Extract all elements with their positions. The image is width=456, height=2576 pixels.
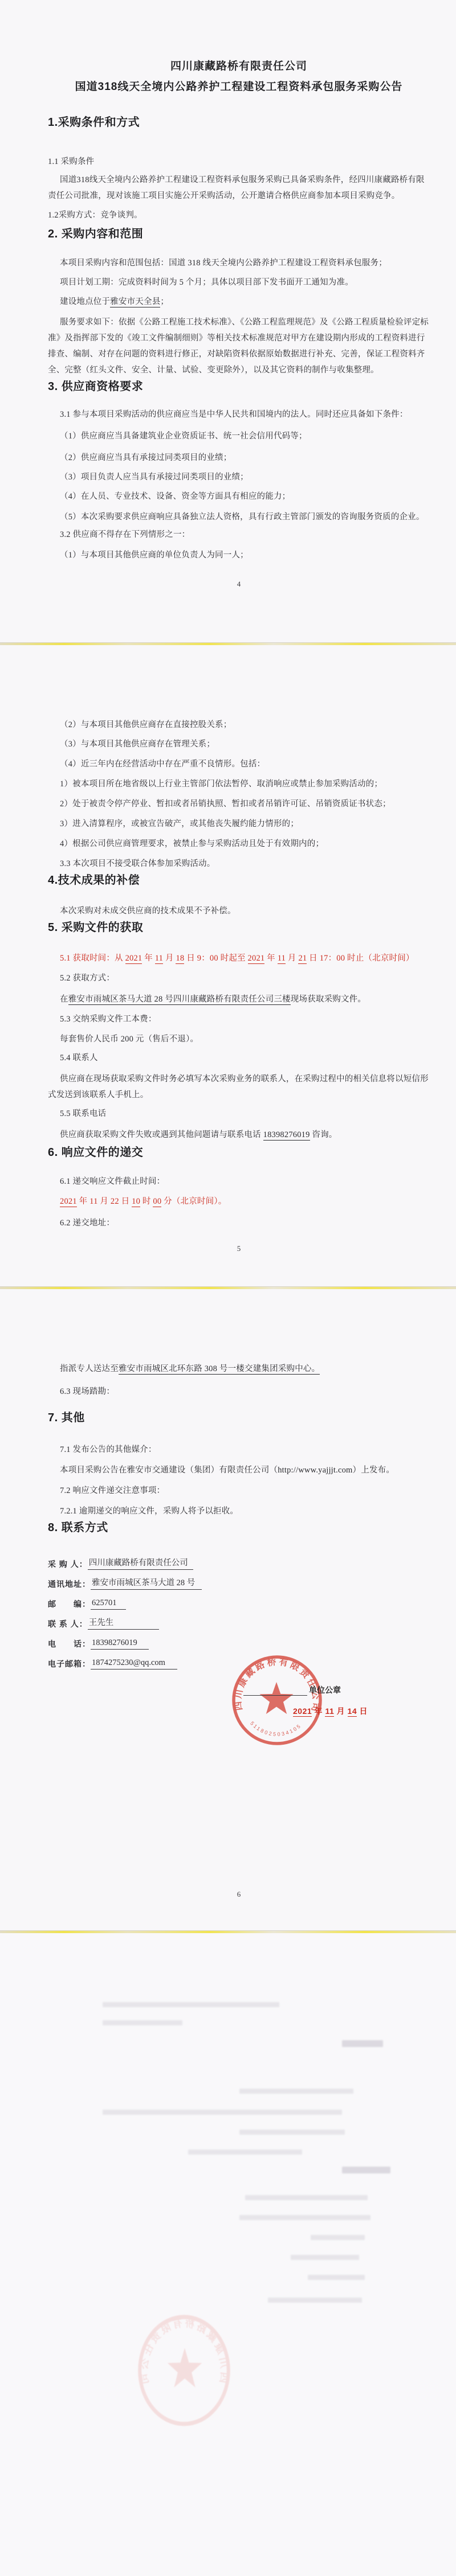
underlined-text: 18 bbox=[176, 954, 184, 964]
underlined-text: 18398276019 bbox=[263, 1130, 310, 1141]
paragraph: 1）被本项目所在地省级以上行业主管部门依法暂停、取消响应或禁止参加采购活动的； bbox=[48, 776, 430, 792]
date-segment: 14 bbox=[348, 1707, 357, 1717]
section-heading: 7. 其他 bbox=[48, 1409, 430, 1426]
contact-field: 联 系 人：王先生 bbox=[48, 1610, 430, 1630]
contact-field: 采 购 人：四川康藏路桥有限责任公司 bbox=[48, 1550, 430, 1570]
text-segment: 指派专人送达至 bbox=[60, 1364, 119, 1373]
bleed-through-line bbox=[291, 2255, 359, 2260]
paragraph: 本次采购对未成交供应商的技术成果不予补偿。 bbox=[48, 903, 430, 919]
field-value: 王先生 bbox=[88, 1618, 159, 1630]
bleed-through-stamp: 四川康藏路桥有限责任公司 bbox=[135, 2311, 234, 2430]
underlined-text: 00 bbox=[153, 1197, 161, 1207]
paragraph: 5.1 获取时间：从 2021 年 11 月 18 日 9：00 时起至 202… bbox=[48, 950, 430, 966]
field-value: 雅安市雨城区茶马大道 28 号 bbox=[91, 1578, 202, 1590]
underlined-text: 2021 bbox=[248, 954, 265, 964]
paragraph: 国道318线天全境内公路养护工程建设工程资料承包服务采购已具备采购条件，经四川康… bbox=[48, 172, 430, 204]
paragraph: 供应商在现场获取采购文件时务必填写本次采购业务的联系人，在采购过程中的相关信息将… bbox=[48, 1071, 430, 1103]
paragraph: 本项目采购内容和范围包括：国道 318 线天全境内公路养护工程建设工程资料承包服… bbox=[48, 255, 430, 271]
seal-underline bbox=[243, 1687, 307, 1696]
paragraph: （3）与本项目其他供应商存在管理关系； bbox=[48, 736, 430, 752]
text-segment: 分（北京时间）。 bbox=[161, 1197, 226, 1206]
section-heading: 1.采购条件和方式 bbox=[48, 114, 430, 131]
paragraph: 3.2 供应商不得存在下列情形之一： bbox=[48, 527, 430, 543]
underlined-text: 雅安市天全县 bbox=[110, 297, 160, 307]
text-segment: 建设地点位于 bbox=[60, 297, 110, 306]
text-segment: 年 bbox=[264, 954, 277, 963]
document-title: 四川康藏路桥有限责任公司 bbox=[48, 59, 430, 74]
paragraph: 项目计划工期：完成资料时间为 5 个月；具体以项目部下发书面开工通知为准。 bbox=[48, 274, 430, 290]
field-label: 邮 编： bbox=[48, 1598, 91, 1610]
field-label: 电 话： bbox=[48, 1638, 91, 1650]
page-number: 5 bbox=[48, 1243, 430, 1254]
contact-field: 电 话：18398276019 bbox=[48, 1630, 430, 1650]
paragraph: （5）本次采购要求供应商响应具备独立法人资格，具有行政主管部门颁发的咨询服务资质… bbox=[48, 509, 430, 525]
bleed-through-line bbox=[268, 2298, 362, 2303]
section-heading: 6. 响应文件的递交 bbox=[48, 1144, 430, 1161]
paragraph: 建设地点位于雅安市天全县； bbox=[48, 294, 430, 310]
contact-field: 通讯地址：雅安市雨城区茶马大道 28 号 bbox=[48, 1570, 430, 1590]
text-segment: 现场获取采购文件。 bbox=[291, 995, 366, 1004]
paragraph: 5.5 联系电话 bbox=[48, 1106, 430, 1122]
paragraph: 5.4 联系人 bbox=[48, 1050, 430, 1066]
text-segment: 年 11 月 22 日 bbox=[77, 1197, 132, 1206]
bleed-through-line bbox=[239, 2089, 353, 2094]
underlined-text: 11 bbox=[278, 954, 286, 964]
document-title: 国道318线天全境内公路养护工程建设工程资料承包服务采购公告 bbox=[48, 80, 430, 95]
paragraph: 6.3 现场踏勘： bbox=[48, 1384, 430, 1400]
svg-text:5118025034105: 5118025034105 bbox=[249, 1720, 302, 1737]
bleed-through-line bbox=[342, 2040, 383, 2047]
paragraph: 在雅安市雨城区茶马大道 28 号四川康藏路桥有限责任公司三楼现场获取采购文件。 bbox=[48, 991, 430, 1007]
page-1: 四川康藏路桥有限责任公司国道318线天全境内公路养护工程建设工程资料承包服务采购… bbox=[0, 0, 456, 642]
seal-signature-row: 单位公章 bbox=[243, 1684, 341, 1696]
page-4: 四川康藏路桥有限责任公司 bbox=[0, 1933, 456, 2576]
page-number: 6 bbox=[48, 1889, 430, 1900]
paragraph: （1）供应商应当具备建筑业企业资质证书、统一社会信用代码等； bbox=[48, 428, 430, 444]
section-heading: 8. 联系方式 bbox=[48, 1519, 430, 1536]
date-segment: 2021 bbox=[293, 1707, 312, 1717]
page-number: 4 bbox=[48, 579, 430, 590]
paragraph: 1.1 采购条件 bbox=[48, 154, 430, 170]
paragraph: 2）处于被责令停产停业、暂扣或者吊销执照、暂扣或者吊销许可证、吊销资质证书状态； bbox=[48, 796, 430, 812]
section-heading: 5. 采购文件的获取 bbox=[48, 919, 430, 936]
paragraph: （1）与本项目其他供应商的单位负责人为同一人； bbox=[48, 547, 430, 563]
text-segment: 年 bbox=[142, 954, 154, 963]
section-heading: 4.技术成果的补偿 bbox=[48, 872, 430, 889]
paragraph: 6.2 递交地址： bbox=[48, 1215, 430, 1231]
seal-label: 单位公章 bbox=[309, 1684, 341, 1696]
paragraph: 7.2 响应文件递交注意事项： bbox=[48, 1483, 430, 1499]
section-heading: 3. 供应商资格要求 bbox=[48, 378, 430, 395]
bleed-through-line bbox=[308, 2275, 365, 2280]
text-segment: 咨询。 bbox=[310, 1130, 337, 1139]
field-value: 18398276019 bbox=[91, 1638, 149, 1650]
page-2: （2）与本项目其他供应商存在直接控股关系；（3）与本项目其他供应商存在管理关系；… bbox=[0, 645, 456, 1286]
bleed-through-line bbox=[245, 2195, 368, 2200]
page-3: 指派专人送达至雅安市雨城区北环东路 308 号一楼交建集团采购中心。6.3 现场… bbox=[0, 1289, 456, 1930]
underlined-text: 10 bbox=[132, 1197, 140, 1207]
scanned-document: 四川康藏路桥有限责任公司国道318线天全境内公路养护工程建设工程资料承包服务采购… bbox=[0, 0, 456, 2576]
seal-date: 2021 年 11 月 14 日 bbox=[293, 1705, 368, 1717]
text-segment: 时 bbox=[140, 1197, 153, 1206]
paragraph: 供应商获取采购文件失败或遇到其他问题请与联系电话 18398276019 咨询。 bbox=[48, 1127, 430, 1143]
text-segment: ； bbox=[160, 297, 169, 306]
underlined-text: 2021 bbox=[60, 1197, 77, 1207]
contact-field: 邮 编：625701 bbox=[48, 1590, 430, 1610]
field-label: 通讯地址： bbox=[48, 1578, 91, 1590]
paragraph: 5.2 获取方式： bbox=[48, 970, 430, 986]
text-segment: 日 9：00 时起至 bbox=[184, 954, 247, 963]
paragraph: （2）与本项目其他供应商存在直接控股关系； bbox=[48, 717, 430, 733]
text-segment: 供应商获取采购文件失败或遇到其他问题请与联系电话 bbox=[60, 1130, 263, 1139]
bleed-through-line bbox=[103, 2002, 279, 2007]
page-3-content: 指派专人送达至雅安市雨城区北环东路 308 号一楼交建集团采购中心。6.3 现场… bbox=[48, 1289, 430, 1900]
paragraph: 每套售价人民币 200 元（售后不退）。 bbox=[48, 1031, 430, 1047]
field-label: 采 购 人： bbox=[48, 1558, 88, 1570]
bleed-through-line bbox=[239, 2130, 345, 2135]
text-segment: 5.1 获取时间：从 bbox=[60, 954, 125, 963]
paragraph: 1.2采购方式：竞争谈判。 bbox=[48, 207, 430, 223]
paragraph: 3.3 本次项目不接受联合体参加采购活动。 bbox=[48, 856, 430, 872]
bleed-through-line bbox=[103, 2020, 182, 2025]
date-segment: 月 bbox=[334, 1707, 347, 1716]
field-value: 四川康藏路桥有限责任公司 bbox=[88, 1558, 193, 1570]
section-heading: 2. 采购内容和范围 bbox=[48, 225, 430, 243]
text-segment: 月 bbox=[286, 954, 298, 963]
company-seal-stamp: 四川康藏路桥有限责任公司 5118025034105 bbox=[229, 1652, 325, 1749]
paragraph: 服务要求如下：依据《公路工程施工技术标准》、《公路工程监理规范》及《公路工程质量… bbox=[48, 314, 430, 378]
bleed-through-line bbox=[311, 2235, 365, 2240]
field-value: 1874275230@qq.com bbox=[91, 1658, 177, 1670]
paragraph: 6.1 递交响应文件截止时间： bbox=[48, 1174, 430, 1189]
field-label: 电子邮箱： bbox=[48, 1658, 91, 1670]
underlined-text: 21 bbox=[298, 954, 307, 964]
date-segment: 年 bbox=[312, 1707, 325, 1716]
page-1-content: 四川康藏路桥有限责任公司国道318线天全境内公路养护工程建设工程资料承包服务采购… bbox=[48, 0, 430, 590]
paragraph: 本项目采购公告在雅安市交通建设（集团）有限责任公司（http://www.yaj… bbox=[48, 1462, 430, 1478]
text-segment: 在 bbox=[60, 995, 68, 1004]
paragraph: 7.2.1 逾期递交的响应文件，采购人将予以拒收。 bbox=[48, 1503, 430, 1519]
paragraph: 2021 年 11 月 22 日 10 时 00 分（北京时间）。 bbox=[48, 1193, 430, 1209]
date-segment: 11 bbox=[325, 1707, 334, 1717]
paragraph: 4）根据公司供应商管理要求，被禁止参与采购活动且处于有效期内的； bbox=[48, 836, 430, 852]
paragraph: （3）项目负责人应当具有承接过同类项目的业绩； bbox=[48, 469, 430, 485]
page-2-content: （2）与本项目其他供应商存在直接控股关系；（3）与本项目其他供应商存在管理关系；… bbox=[48, 645, 430, 1254]
paragraph: （4）近三年内在经营活动中存在严重不良情形。包括： bbox=[48, 756, 430, 772]
text-segment: 月 bbox=[163, 954, 176, 963]
bleed-through-line bbox=[342, 2167, 390, 2173]
field-label: 联 系 人： bbox=[48, 1618, 88, 1630]
paragraph: （4）在人员、专业技术、设备、资金等方面具有相应的能力； bbox=[48, 489, 430, 504]
stamp-code-text: 5118025034105 bbox=[249, 1720, 302, 1737]
bleed-through-line bbox=[188, 2150, 302, 2155]
underlined-text: 雅安市雨城区北环东路 308 号一楼交建集团采购中心。 bbox=[119, 1364, 320, 1375]
bleed-through-line bbox=[239, 2215, 370, 2220]
underlined-text: 11 bbox=[155, 954, 163, 964]
paragraph: 5.3 交纳采购文件工本费： bbox=[48, 1011, 430, 1027]
field-value: 625701 bbox=[91, 1598, 126, 1610]
paragraph: （2）供应商应当具有承接过同类项目的业绩； bbox=[48, 450, 430, 466]
underlined-text: 雅安市雨城区茶马大道 28 号四川康藏路桥有限责任公司三楼 bbox=[68, 995, 291, 1005]
paragraph: 7.1 发布公告的其他媒介： bbox=[48, 1442, 430, 1458]
bleed-through-line bbox=[103, 2110, 342, 2115]
paragraph: 3.1 参与本项目采购活动的供应商应当是中华人民共和国境内的法人。同时还应具备如… bbox=[48, 407, 430, 423]
date-segment: 日 bbox=[357, 1707, 368, 1716]
paragraph: 指派专人送达至雅安市雨城区北环东路 308 号一楼交建集团采购中心。 bbox=[48, 1361, 430, 1377]
paragraph: 3）进入清算程序，或被宣告破产，或其他丧失履约能力情形的； bbox=[48, 816, 430, 832]
text-segment: 日 17：00 时止（北京时间） bbox=[307, 954, 414, 963]
underlined-text: 2021 bbox=[125, 954, 142, 964]
